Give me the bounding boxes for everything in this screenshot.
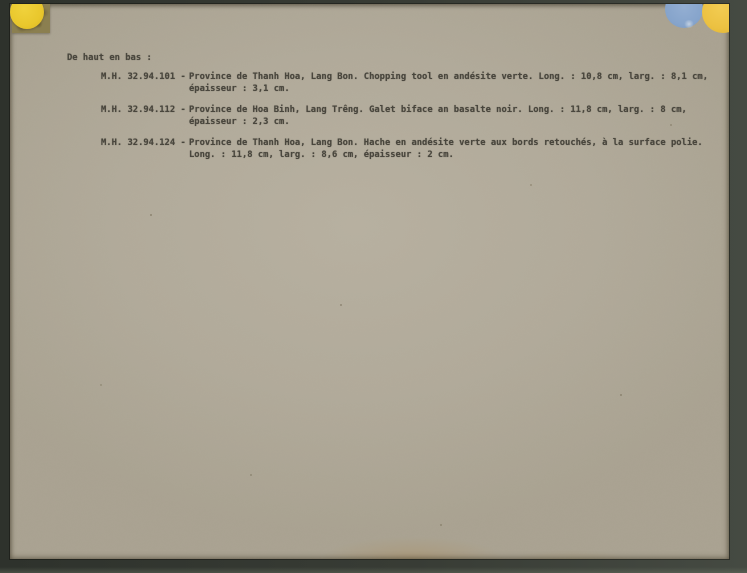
entry-text-line: Province de Hoa Binh, Lang Trêng. Galet … — [189, 104, 687, 116]
entry-id: M.H. 32.94.112 - — [101, 104, 189, 116]
scan-frame-bottom-edge — [0, 567, 747, 573]
catalog-entry: M.H. 32.94.124 - Province de Thanh Hoa, … — [101, 137, 703, 161]
entry-text-line: Province de Thanh Hoa, Lang Bon. Choppin… — [189, 71, 708, 83]
entry-id: M.H. 32.94.101 - — [101, 71, 189, 83]
paper-sheet: De haut en bas : M.H. 32.94.101 - Provin… — [10, 4, 729, 559]
entry-text-line: Long. : 11,8 cm, larg. : 8,6 cm, épaisse… — [189, 149, 703, 161]
catalog-entry: M.H. 32.94.101 - Province de Thanh Hoa, … — [101, 71, 708, 95]
entry-text-line: épaisseur : 2,3 cm. — [189, 116, 687, 128]
entry-text-line: épaisseur : 3,1 cm. — [189, 83, 708, 95]
entry-text-line: Province de Thanh Hoa, Lang Bon. Hache e… — [189, 137, 703, 149]
scanned-document-view: De haut en bas : M.H. 32.94.101 - Provin… — [0, 0, 747, 573]
blue-dot-highlight — [684, 20, 694, 28]
entry-id: M.H. 32.94.124 - — [101, 137, 189, 149]
header-caption: De haut en bas : — [67, 52, 152, 64]
catalog-entry: M.H. 32.94.112 - Province de Hoa Binh, L… — [101, 104, 687, 128]
yellow-dot-sticker-right-icon — [702, 4, 729, 33]
